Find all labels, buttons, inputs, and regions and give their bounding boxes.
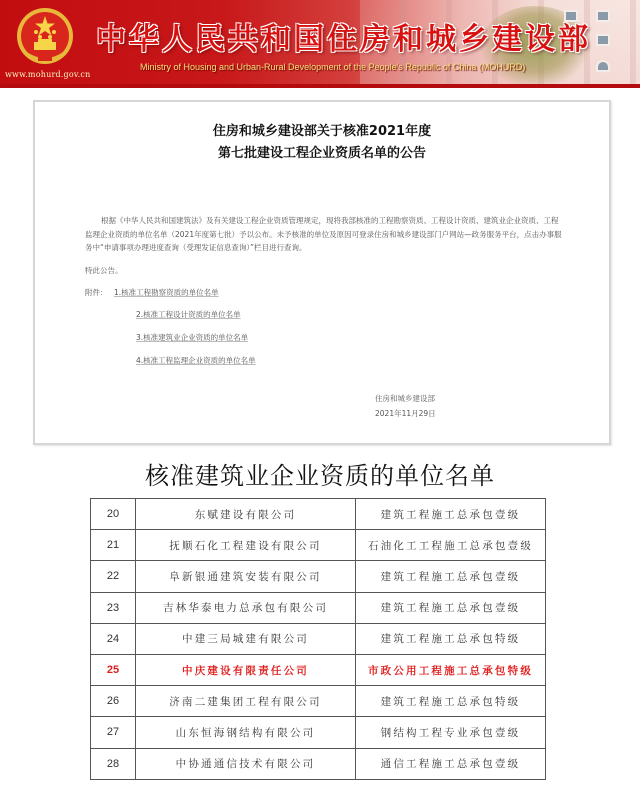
qualification: 建筑工程施工总承包壹级 xyxy=(356,499,546,530)
qualification: 石油化工工程施工总承包壹级 xyxy=(356,530,546,561)
qualification: 建筑工程施工总承包特级 xyxy=(356,623,546,654)
company-name: 阜新银通建筑安装有限公司 xyxy=(136,561,356,592)
company-name: 济南二建集团工程有限公司 xyxy=(136,686,356,717)
site-url[interactable]: www.mohurd.gov.cn xyxy=(5,70,90,79)
attachment-link-1[interactable]: 1.核准工程勘察资质的单位名单 xyxy=(114,287,219,298)
table-row: 26 济南二建集团工程有限公司 建筑工程施工总承包特级 xyxy=(91,686,546,717)
national-emblem-icon xyxy=(14,6,76,68)
table-row: 27 山东恒海钢结构有限公司 钢结构工程专业承包壹级 xyxy=(91,717,546,748)
qualification: 建筑工程施工总承包特级 xyxy=(356,686,546,717)
row-number: 21 xyxy=(91,530,136,561)
table-row: 23 吉林华泰电力总承包有限公司 建筑工程施工总承包壹级 xyxy=(91,592,546,623)
table-row: 21 抚顺石化工程建设有限公司 石油化工工程施工总承包壹级 xyxy=(91,530,546,561)
announcement-date: 2021年11月29日 xyxy=(375,408,436,419)
company-name: 山东恒海钢结构有限公司 xyxy=(136,717,356,748)
company-name: 吉林华泰电力总承包有限公司 xyxy=(136,592,356,623)
table-row: 28 中协通通信技术有限公司 通信工程施工总承包壹级 xyxy=(91,748,546,779)
table-row: 24 中建三局城建有限公司 建筑工程施工总承包特级 xyxy=(91,623,546,654)
company-name: 东赋建设有限公司 xyxy=(136,499,356,530)
qualification: 钢结构工程专业承包壹级 xyxy=(356,717,546,748)
company-name: 中庆建设有限责任公司 xyxy=(136,654,356,685)
ministry-name-cn: 中华人民共和国住房和城乡建设部 xyxy=(96,14,591,58)
attachment-link-3[interactable]: 3.核准建筑业企业资质的单位名单 xyxy=(136,332,248,343)
announcement-title-line1: 住房和城乡建设部关于核准2021年度 xyxy=(35,120,609,139)
company-name: 抚顺石化工程建设有限公司 xyxy=(136,530,356,561)
company-list-title: 核准建筑业企业资质的单位名单 xyxy=(0,456,640,491)
row-number: 25 xyxy=(91,654,136,685)
row-number: 24 xyxy=(91,623,136,654)
table-row-highlighted: 25 中庆建设有限责任公司 市政公用工程施工总承包特级 xyxy=(91,654,546,685)
row-number: 22 xyxy=(91,561,136,592)
attachment-link-2[interactable]: 2.核准工程设计资质的单位名单 xyxy=(136,309,241,320)
attachment-link-4[interactable]: 4.核准工程监理企业资质的单位名单 xyxy=(136,355,256,366)
row-number: 26 xyxy=(91,686,136,717)
ministry-name-en: Ministry of Housing and Urban-Rural Deve… xyxy=(140,62,525,72)
banner-bottom-strip xyxy=(0,84,640,88)
announcement-signature: 住房和城乡建设部 xyxy=(375,393,435,404)
row-number: 27 xyxy=(91,717,136,748)
announcement-body: 根据《中华人民共和国建筑法》及有关建设工程企业资质管理规定，现将我部核准的工程勘… xyxy=(85,214,565,255)
table-row: 22 阜新银通建筑安装有限公司 建筑工程施工总承包壹级 xyxy=(91,561,546,592)
company-qualification-table: 20 东赋建设有限公司 建筑工程施工总承包壹级 21 抚顺石化工程建设有限公司 … xyxy=(90,498,546,780)
company-name: 中协通通信技术有限公司 xyxy=(136,748,356,779)
announcement-card: 住房和城乡建设部关于核准2021年度 第七批建设工程企业资质名单的公告 根据《中… xyxy=(33,100,611,445)
table-row: 20 东赋建设有限公司 建筑工程施工总承包壹级 xyxy=(91,499,546,530)
company-name: 中建三局城建有限公司 xyxy=(136,623,356,654)
row-number: 23 xyxy=(91,592,136,623)
ministry-banner: www.mohurd.gov.cn 中华人民共和国住房和城乡建设部 Minist… xyxy=(0,0,640,88)
announcement-title-line2: 第七批建设工程企业资质名单的公告 xyxy=(35,142,609,161)
row-number: 20 xyxy=(91,499,136,530)
attachments-label: 附件： xyxy=(85,287,108,298)
qualification: 建筑工程施工总承包壹级 xyxy=(356,561,546,592)
qualification: 市政公用工程施工总承包特级 xyxy=(356,654,546,685)
announcement-closing: 特此公告。 xyxy=(85,265,123,276)
qualification: 通信工程施工总承包壹级 xyxy=(356,748,546,779)
row-number: 28 xyxy=(91,748,136,779)
qualification: 建筑工程施工总承包壹级 xyxy=(356,592,546,623)
